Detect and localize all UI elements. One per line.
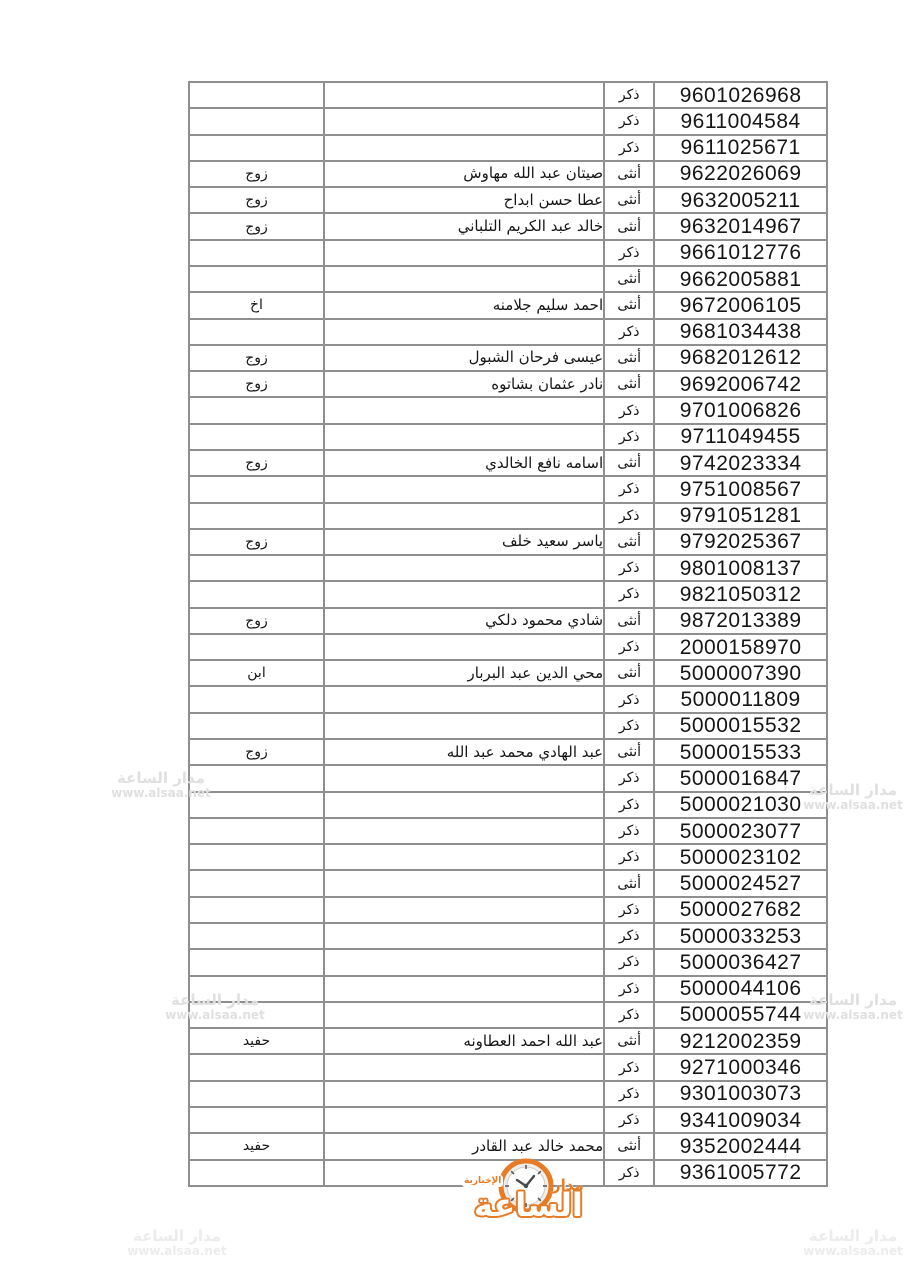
- gender-cell: ذكر: [604, 240, 654, 266]
- national-number-cell: 9682012612: [654, 345, 827, 371]
- table-row: 9701006826 ذكر: [189, 397, 827, 423]
- gender-cell: ذكر: [604, 686, 654, 712]
- name-cell: [324, 1160, 604, 1186]
- relation-cell: زوج: [189, 529, 324, 555]
- name-cell: [324, 976, 604, 1002]
- national-number-cell: 9751008567: [654, 476, 827, 502]
- relation-cell: [189, 634, 324, 660]
- name-cell: [324, 1002, 604, 1028]
- name-cell: [324, 844, 604, 870]
- gender-cell: أنثى: [604, 529, 654, 555]
- table-row: 9361005772 ذكر: [189, 1160, 827, 1186]
- relation-cell: ابن: [189, 660, 324, 686]
- name-cell: [324, 82, 604, 108]
- name-cell: ياسر سعيد خلف: [324, 529, 604, 555]
- gender-cell: ذكر: [604, 135, 654, 161]
- table-row: 5000007390 أنثى محي الدين عبد البربار اب…: [189, 660, 827, 686]
- name-cell: شادي محمود دلكي: [324, 608, 604, 634]
- name-cell: محي الدين عبد البربار: [324, 660, 604, 686]
- gender-cell: ذكر: [604, 818, 654, 844]
- relation-cell: [189, 1002, 324, 1028]
- national-number-cell: 9662005881: [654, 266, 827, 292]
- gender-cell: أنثى: [604, 292, 654, 318]
- national-number-cell: 5000015533: [654, 739, 827, 765]
- table-row: 5000027682 ذكر: [189, 897, 827, 923]
- name-cell: [324, 949, 604, 975]
- watermark-url-text: www.alsaa.net: [788, 1245, 904, 1259]
- gender-cell: ذكر: [604, 713, 654, 739]
- relation-cell: زوج: [189, 608, 324, 634]
- national-number-cell: 9361005772: [654, 1160, 827, 1186]
- table-row: 5000011809 ذكر: [189, 686, 827, 712]
- name-cell: صيتان عبد الله مهاوش: [324, 161, 604, 187]
- gender-cell: ذكر: [604, 397, 654, 423]
- national-number-cell: 9801008137: [654, 555, 827, 581]
- gender-cell: ذكر: [604, 1107, 654, 1133]
- relation-cell: [189, 82, 324, 108]
- national-number-cell: 5000044106: [654, 976, 827, 1002]
- relation-cell: حفيد: [189, 1133, 324, 1159]
- relation-cell: [189, 476, 324, 502]
- table-row: 9791051281 ذكر: [189, 503, 827, 529]
- gender-cell: أنثى: [604, 213, 654, 239]
- name-cell: [324, 476, 604, 502]
- table-row: 9751008567 ذكر: [189, 476, 827, 502]
- relation-cell: زوج: [189, 187, 324, 213]
- name-cell: [324, 108, 604, 134]
- relation-cell: [189, 503, 324, 529]
- table-row: 2000158970 ذكر: [189, 634, 827, 660]
- table-row: 9632005211 أنثى عطا حسن ابداح زوج: [189, 187, 827, 213]
- relation-cell: [189, 108, 324, 134]
- relation-cell: زوج: [189, 371, 324, 397]
- records-tbody: 9601026968 ذكر 9611004584 ذكر 9611025671…: [189, 82, 827, 1186]
- watermark-url-text: www.alsaa.net: [112, 1245, 242, 1259]
- national-number-cell: 9601026968: [654, 82, 827, 108]
- name-cell: [324, 581, 604, 607]
- name-cell: [324, 1054, 604, 1080]
- name-cell: نادر عثمان بشاتوه: [324, 371, 604, 397]
- national-number-cell: 5000036427: [654, 949, 827, 975]
- relation-cell: [189, 397, 324, 423]
- table-row: 9821050312 ذكر: [189, 581, 827, 607]
- relation-cell: [189, 266, 324, 292]
- national-number-cell: 9341009034: [654, 1107, 827, 1133]
- national-number-cell: 5000023102: [654, 844, 827, 870]
- name-cell: [324, 765, 604, 791]
- relation-cell: [189, 1081, 324, 1107]
- gender-cell: أنثى: [604, 345, 654, 371]
- relation-cell: زوج: [189, 450, 324, 476]
- name-cell: [324, 424, 604, 450]
- name-cell: [324, 870, 604, 896]
- gender-cell: ذكر: [604, 792, 654, 818]
- national-number-cell: 9352002444: [654, 1133, 827, 1159]
- gender-cell: أنثى: [604, 660, 654, 686]
- table-row: 9711049455 ذكر: [189, 424, 827, 450]
- relation-cell: [189, 424, 324, 450]
- name-cell: [324, 713, 604, 739]
- national-number-cell: 9622026069: [654, 161, 827, 187]
- national-number-cell: 9711049455: [654, 424, 827, 450]
- name-cell: عبد الهادي محمد عبد الله: [324, 739, 604, 765]
- national-number-cell: 9632014967: [654, 213, 827, 239]
- gender-cell: ذكر: [604, 424, 654, 450]
- national-number-cell: 5000027682: [654, 897, 827, 923]
- gender-cell: أنثى: [604, 161, 654, 187]
- relation-cell: [189, 555, 324, 581]
- national-number-cell: 9821050312: [654, 581, 827, 607]
- national-number-cell: 5000023077: [654, 818, 827, 844]
- table-row: 9682012612 أنثى عيسى فرحان الشبول زوج: [189, 345, 827, 371]
- name-cell: عطا حسن ابداح: [324, 187, 604, 213]
- name-cell: خالد عبد الكريم التلباني: [324, 213, 604, 239]
- table-row: 9632014967 أنثى خالد عبد الكريم التلباني…: [189, 213, 827, 239]
- national-number-cell: 9611025671: [654, 135, 827, 161]
- relation-cell: زوج: [189, 739, 324, 765]
- relation-cell: [189, 897, 324, 923]
- watermark-arabic-text: مدار الساعة: [788, 1228, 904, 1245]
- gender-cell: ذكر: [604, 555, 654, 581]
- gender-cell: أنثى: [604, 266, 654, 292]
- name-cell: [324, 1107, 604, 1133]
- national-number-cell: 5000033253: [654, 923, 827, 949]
- table-row: 5000023102 ذكر: [189, 844, 827, 870]
- scanned-document-page: { "watermark": { "arabic": "مدار الساعة"…: [0, 0, 904, 1280]
- relation-cell: [189, 135, 324, 161]
- gender-cell: أنثى: [604, 870, 654, 896]
- gender-cell: ذكر: [604, 82, 654, 108]
- name-cell: [324, 555, 604, 581]
- table-row: 9622026069 أنثى صيتان عبد الله مهاوش زوج: [189, 161, 827, 187]
- national-number-cell: 5000011809: [654, 686, 827, 712]
- name-cell: [324, 686, 604, 712]
- table-row: 5000055744 ذكر: [189, 1002, 827, 1028]
- relation-cell: حفيد: [189, 1028, 324, 1054]
- relation-cell: [189, 686, 324, 712]
- relation-cell: [189, 923, 324, 949]
- name-cell: محمد خالد عبد القادر: [324, 1133, 604, 1159]
- table-row: 5000021030 ذكر: [189, 792, 827, 818]
- name-cell: [324, 266, 604, 292]
- gender-cell: ذكر: [604, 949, 654, 975]
- national-number-cell: 9271000346: [654, 1054, 827, 1080]
- table-row: 5000024527 أنثى: [189, 870, 827, 896]
- name-cell: [324, 897, 604, 923]
- relation-cell: [189, 844, 324, 870]
- national-number-cell: 9872013389: [654, 608, 827, 634]
- gender-cell: ذكر: [604, 923, 654, 949]
- gender-cell: ذكر: [604, 634, 654, 660]
- gender-cell: ذكر: [604, 844, 654, 870]
- records-table: 9601026968 ذكر 9611004584 ذكر 9611025671…: [188, 81, 828, 1187]
- table-row: 9301003073 ذكر: [189, 1081, 827, 1107]
- gender-cell: أنثى: [604, 1133, 654, 1159]
- national-number-cell: 5000021030: [654, 792, 827, 818]
- name-cell: [324, 818, 604, 844]
- table-row: 9692006742 أنثى نادر عثمان بشاتوه زوج: [189, 371, 827, 397]
- site-watermark: مدار الساعة www.alsaa.net: [788, 1228, 904, 1259]
- national-number-cell: 9661012776: [654, 240, 827, 266]
- table-row: 9681034438 ذكر: [189, 319, 827, 345]
- gender-cell: ذكر: [604, 476, 654, 502]
- gender-cell: ذكر: [604, 1054, 654, 1080]
- table-row: 9801008137 ذكر: [189, 555, 827, 581]
- national-number-cell: 9212002359: [654, 1028, 827, 1054]
- name-cell: عيسى فرحان الشبول: [324, 345, 604, 371]
- national-number-cell: 5000016847: [654, 765, 827, 791]
- gender-cell: أنثى: [604, 187, 654, 213]
- table-row: 5000036427 ذكر: [189, 949, 827, 975]
- gender-cell: ذكر: [604, 581, 654, 607]
- table-row: 9611025671 ذكر: [189, 135, 827, 161]
- name-cell: اسامه نافع الخالدي: [324, 450, 604, 476]
- table-row: 9611004584 ذكر: [189, 108, 827, 134]
- name-cell: [324, 319, 604, 345]
- relation-cell: [189, 1054, 324, 1080]
- name-cell: [324, 503, 604, 529]
- table-row: 9352002444 أنثى محمد خالد عبد القادر حفي…: [189, 1133, 827, 1159]
- table-row: 5000044106 ذكر: [189, 976, 827, 1002]
- gender-cell: أنثى: [604, 1028, 654, 1054]
- national-number-cell: 9632005211: [654, 187, 827, 213]
- national-number-cell: 5000015532: [654, 713, 827, 739]
- name-cell: [324, 135, 604, 161]
- national-number-cell: 9681034438: [654, 319, 827, 345]
- gender-cell: ذكر: [604, 1081, 654, 1107]
- national-number-cell: 5000024527: [654, 870, 827, 896]
- name-cell: [324, 792, 604, 818]
- gender-cell: أنثى: [604, 450, 654, 476]
- gender-cell: ذكر: [604, 976, 654, 1002]
- watermark-arabic-text: مدار الساعة: [112, 1228, 242, 1245]
- national-number-cell: 9301003073: [654, 1081, 827, 1107]
- relation-cell: [189, 1160, 324, 1186]
- logo-brand-main: الساعة: [474, 1186, 583, 1224]
- name-cell: [324, 634, 604, 660]
- national-number-cell: 9742023334: [654, 450, 827, 476]
- relation-cell: [189, 765, 324, 791]
- table-row: 9661012776 ذكر: [189, 240, 827, 266]
- relation-cell: زوج: [189, 161, 324, 187]
- national-number-cell: 9672006105: [654, 292, 827, 318]
- gender-cell: ذكر: [604, 765, 654, 791]
- national-number-cell: 9791051281: [654, 503, 827, 529]
- gender-cell: ذكر: [604, 108, 654, 134]
- table-row: 9872013389 أنثى شادي محمود دلكي زوج: [189, 608, 827, 634]
- relation-cell: [189, 949, 324, 975]
- name-cell: [324, 1081, 604, 1107]
- relation-cell: [189, 792, 324, 818]
- national-number-cell: 5000055744: [654, 1002, 827, 1028]
- gender-cell: ذكر: [604, 897, 654, 923]
- name-cell: [324, 240, 604, 266]
- table-row: 9601026968 ذكر: [189, 82, 827, 108]
- name-cell: [324, 923, 604, 949]
- relation-cell: [189, 1107, 324, 1133]
- relation-cell: زوج: [189, 213, 324, 239]
- relation-cell: [189, 581, 324, 607]
- national-number-cell: 9611004584: [654, 108, 827, 134]
- relation-cell: [189, 713, 324, 739]
- national-number-cell: 2000158970: [654, 634, 827, 660]
- national-number-cell: 9692006742: [654, 371, 827, 397]
- table-row: 5000015533 أنثى عبد الهادي محمد عبد الله…: [189, 739, 827, 765]
- relation-cell: [189, 319, 324, 345]
- gender-cell: أنثى: [604, 371, 654, 397]
- national-number-cell: 5000007390: [654, 660, 827, 686]
- national-number-cell: 9792025367: [654, 529, 827, 555]
- site-watermark: مدار الساعة www.alsaa.net: [112, 1228, 242, 1259]
- gender-cell: أنثى: [604, 608, 654, 634]
- table-row: 9212002359 أنثى عبد الله احمد العطاونه ح…: [189, 1028, 827, 1054]
- name-cell: [324, 397, 604, 423]
- gender-cell: ذكر: [604, 1002, 654, 1028]
- gender-cell: ذكر: [604, 503, 654, 529]
- table-row: 9742023334 أنثى اسامه نافع الخالدي زوج: [189, 450, 827, 476]
- gender-cell: ذكر: [604, 319, 654, 345]
- table-row: 9662005881 أنثى: [189, 266, 827, 292]
- table-row: 5000016847 ذكر: [189, 765, 827, 791]
- relation-cell: [189, 976, 324, 1002]
- table-row: 9341009034 ذكر: [189, 1107, 827, 1133]
- gender-cell: أنثى: [604, 739, 654, 765]
- table-row: 5000033253 ذكر: [189, 923, 827, 949]
- table-row: 9271000346 ذكر: [189, 1054, 827, 1080]
- table-row: 5000015532 ذكر: [189, 713, 827, 739]
- relation-cell: [189, 240, 324, 266]
- table-row: 5000023077 ذكر: [189, 818, 827, 844]
- name-cell: عبد الله احمد العطاونه: [324, 1028, 604, 1054]
- relation-cell: [189, 870, 324, 896]
- relation-cell: [189, 818, 324, 844]
- national-number-cell: 9701006826: [654, 397, 827, 423]
- table-row: 9672006105 أنثى احمد سليم جلامنه اخ: [189, 292, 827, 318]
- table-row: 9792025367 أنثى ياسر سعيد خلف زوج: [189, 529, 827, 555]
- gender-cell: ذكر: [604, 1160, 654, 1186]
- name-cell: احمد سليم جلامنه: [324, 292, 604, 318]
- relation-cell: زوج: [189, 345, 324, 371]
- relation-cell: اخ: [189, 292, 324, 318]
